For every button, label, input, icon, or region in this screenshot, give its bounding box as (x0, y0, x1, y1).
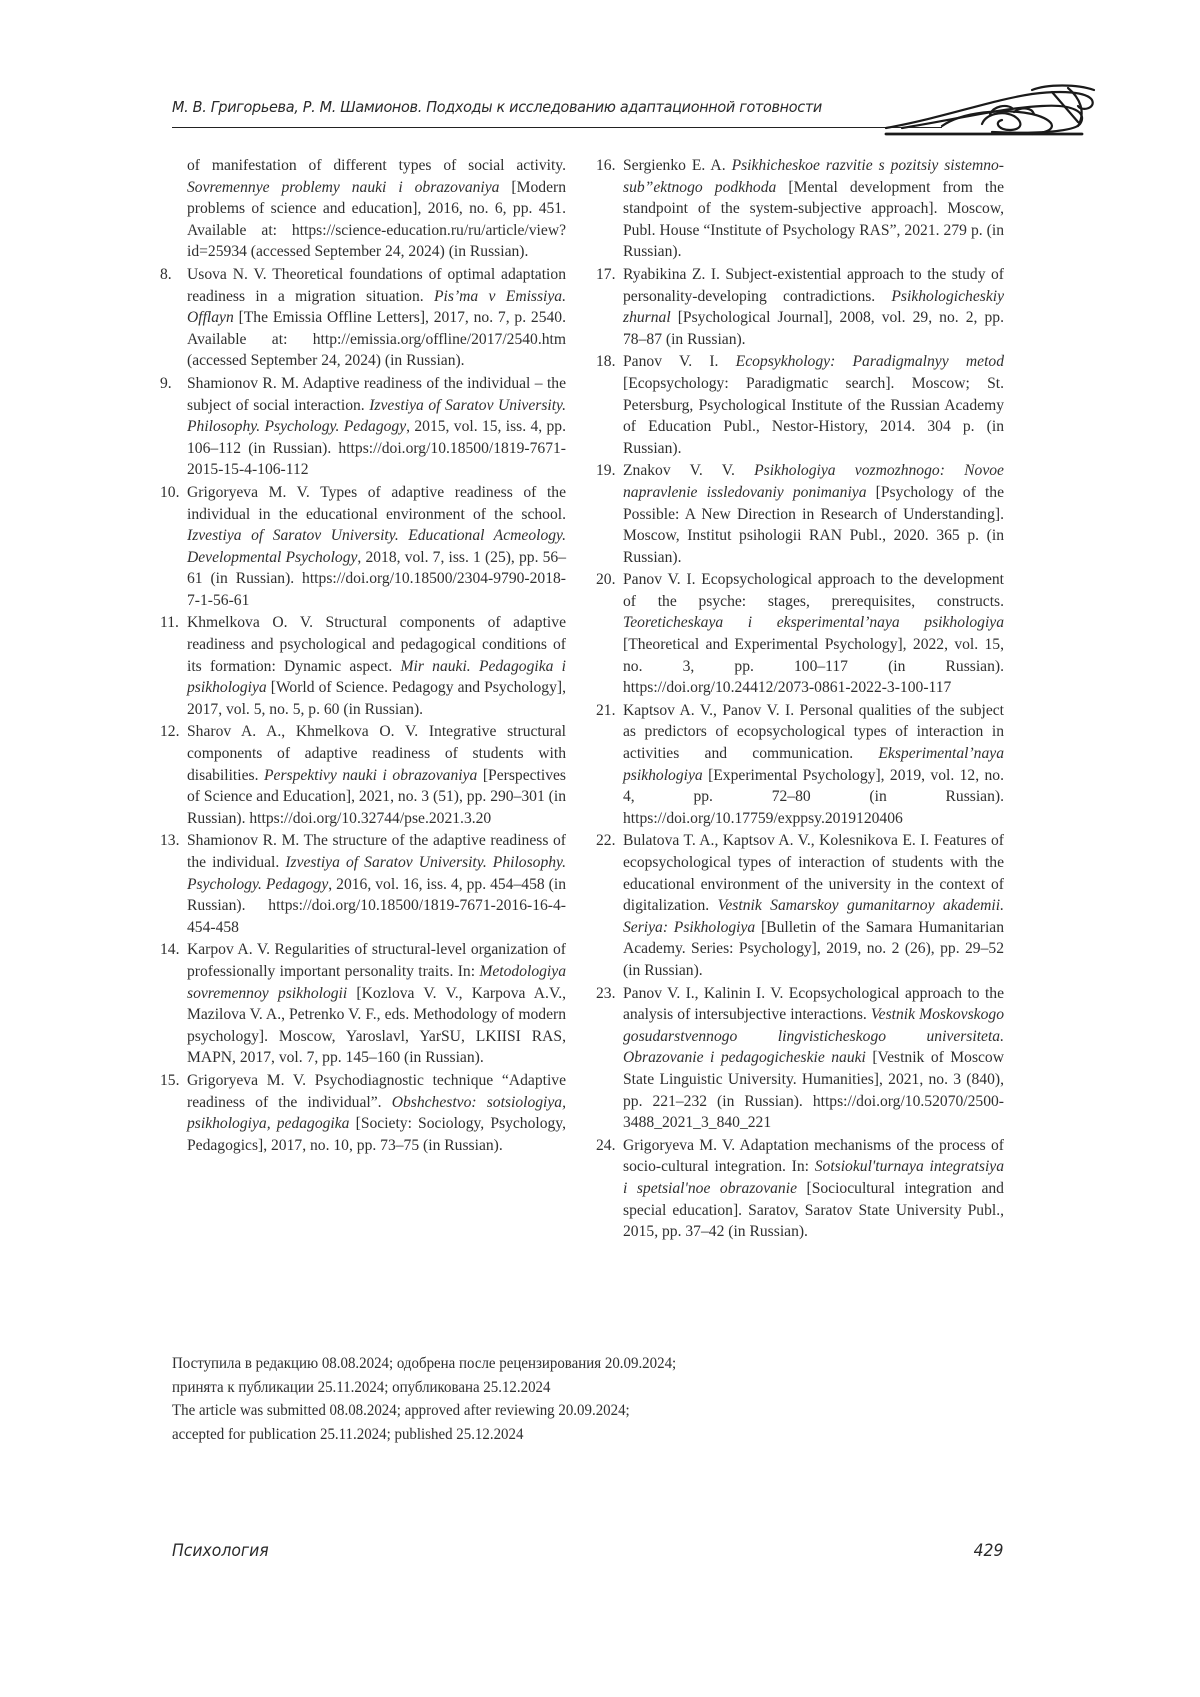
reference-text: [The Emissia Offline Letters], 2017, no.… (187, 309, 566, 369)
reference-number: 24. (596, 1135, 616, 1157)
reference-item: 22.Bulatova T. A., Kaptsov A. V., Kolesn… (596, 830, 1004, 981)
dates-ru-line-1: Поступила в редакцию 08.08.2024; одобрен… (172, 1352, 851, 1376)
publication-dates: Поступила в редакцию 08.08.2024; одобрен… (172, 1352, 851, 1446)
reference-number: 23. (596, 983, 616, 1005)
reference-number: 17. (596, 264, 616, 286)
reference-text: Sergienko E. A. (623, 157, 732, 174)
reference-item: 16.Sergienko E. A. Psikhicheskoe razviti… (596, 155, 1004, 263)
reference-item: 10.Grigoryeva M. V. Types of adaptive re… (160, 482, 566, 612)
dates-ru-line-2: принята к публикации 25.11.2024; опублик… (172, 1376, 851, 1400)
reference-item: 14.Karpov A. V. Regularities of structur… (160, 939, 566, 1069)
reference-item: 23.Panov V. I., Kalinin I. V. Ecopsychol… (596, 983, 1004, 1134)
reference-item: 8.Usova N. V. Theoretical foundations of… (160, 264, 566, 372)
references-column-left: of manifestation of different types of s… (160, 155, 566, 1157)
footer-section-name: Психология (172, 1541, 269, 1561)
reference-item: 19.Znakov V. V. Psikhologiya vozmozhnogo… (596, 460, 1004, 568)
running-title: М. В. Григорьева, Р. М. Шамионов. Подход… (172, 98, 879, 116)
reference-item: 17.Ryabikina Z. I. Subject-existential a… (596, 264, 1004, 350)
reference-text: Grigoryeva M. V. Types of adaptive readi… (187, 484, 566, 523)
reference-item: 9.Shamionov R. M. Adaptive readiness of … (160, 373, 566, 481)
reference-number: 15. (160, 1070, 180, 1092)
reference-text: [Psychological Journal], 2008, vol. 29, … (623, 309, 1004, 348)
dates-en-line-2: accepted for publication 25.11.2024; pub… (172, 1423, 851, 1447)
reference-journal-title: Sovremennye problemy nauki i obrazovaniy… (187, 179, 499, 196)
reference-number: 10. (160, 482, 180, 504)
reference-item: 21.Kaptsov A. V., Panov V. I. Personal q… (596, 700, 1004, 830)
reference-item: 18.Panov V. I. Ecopsykhology: Paradigmal… (596, 351, 1004, 459)
reference-journal-title: Perspektivy nauki i obrazovaniya (264, 767, 477, 784)
reference-journal-title: Ecopsykhology: Paradigmalnyy metod (736, 353, 1004, 370)
reference-number: 13. (160, 830, 180, 852)
page-number: 429 (973, 1541, 1003, 1561)
art-nouveau-ornament-icon (882, 78, 1102, 138)
reference-number: 11. (160, 612, 179, 634)
reference-number: 8. (160, 264, 172, 286)
reference-item: 13.Shamionov R. M. The structure of the … (160, 830, 566, 938)
reference-number: 9. (160, 373, 172, 395)
reference-item: of manifestation of different types of s… (160, 155, 566, 263)
reference-text: Panov V. I. (623, 353, 736, 370)
reference-item: 11.Khmelkova O. V. Structural components… (160, 612, 566, 720)
reference-item: 12.Sharov A. A., Khmelkova O. V. Integra… (160, 721, 566, 829)
references-column-right: 16.Sergienko E. A. Psikhicheskoe razviti… (596, 155, 1004, 1244)
reference-number: 12. (160, 721, 180, 743)
reference-number: 14. (160, 939, 180, 961)
reference-journal-title: Teoreticheskaya i eksperimental’naya psi… (623, 614, 1004, 631)
reference-number: 20. (596, 569, 616, 591)
reference-number: 19. (596, 460, 616, 482)
header-rule (172, 127, 942, 128)
dates-en-line-1: The article was submitted 08.08.2024; ap… (172, 1399, 851, 1423)
reference-number: 21. (596, 700, 616, 722)
reference-text: [Ecopsychology: Paradigmatic search]. Mo… (623, 375, 1004, 457)
reference-item: 24.Grigoryeva M. V. Adaptation mechanism… (596, 1135, 1004, 1243)
reference-text: Panov V. I. Ecopsychological approach to… (623, 571, 1004, 610)
reference-text: of manifestation of different types of s… (187, 157, 566, 174)
reference-text: Znakov V. V. (623, 462, 754, 479)
reference-item: 20.Panov V. I. Ecopsychological approach… (596, 569, 1004, 699)
reference-number: 16. (596, 155, 616, 177)
reference-text: [Theoretical and Experimental Psychology… (623, 636, 1004, 696)
reference-item: 15.Grigoryeva M. V. Psychodiagnostic tec… (160, 1070, 566, 1156)
reference-number: 22. (596, 830, 616, 852)
reference-number: 18. (596, 351, 616, 373)
